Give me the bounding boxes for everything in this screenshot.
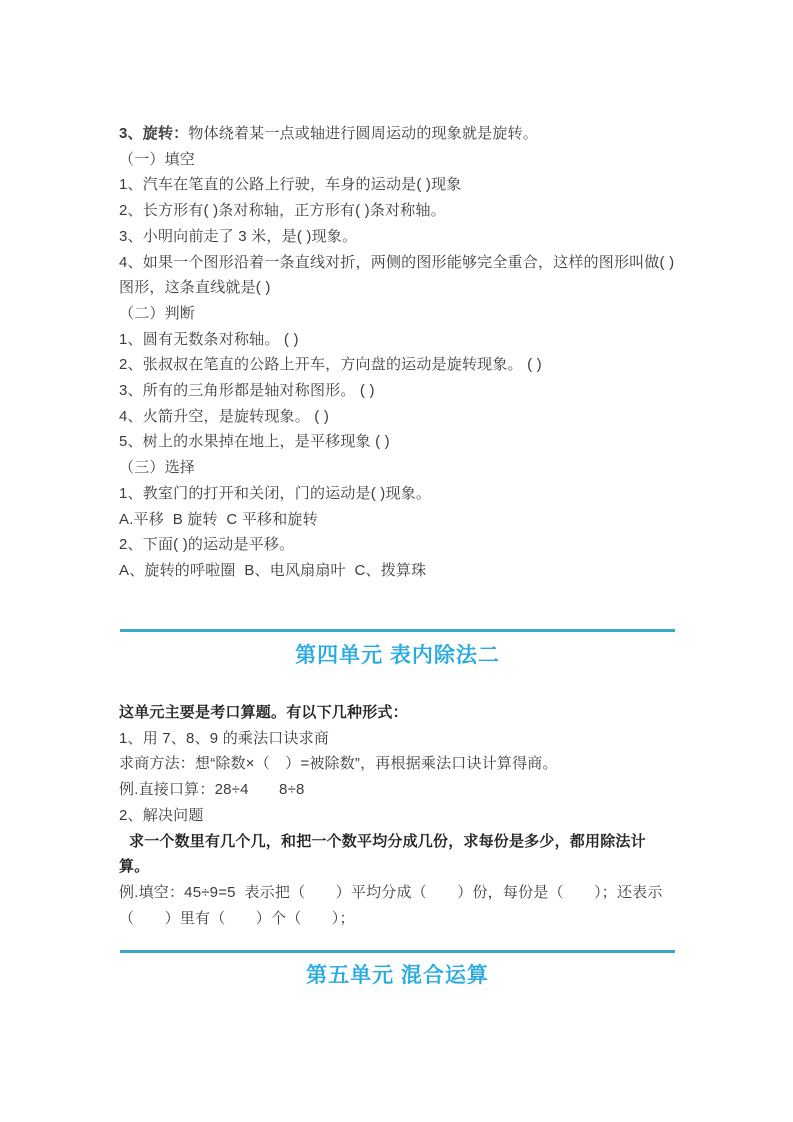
unit4-line-3: 例.直接口算：28÷4 8÷8 (119, 777, 676, 803)
judge-item-3: 3、所有的三角形都是轴对称图形。 ( ) (119, 378, 676, 404)
choice-question-2: 2、下面( )的运动是平移。 (119, 532, 676, 558)
rotation-definition-term: 3、旋转： (119, 125, 188, 142)
unit4-title: 第四单元 表内除法二 (119, 643, 676, 669)
fill-blank-item-4: 4、如果一个图形沿着一条直线对折，两侧的图形能够完全重合，这样的图形叫做( )图… (119, 250, 676, 301)
unit4-emphasis: 求一个数里有几个几，和把一个数平均分成几份，求每份是多少，都用除法计算。 (119, 829, 676, 880)
section-divider-1 (120, 629, 675, 632)
rotation-definition-text: 物体绕着某一点或轴进行圆周运动的现象就是旋转。 (188, 125, 538, 142)
rotation-section: 3、旋转：物体绕着某一点或轴进行圆周运动的现象就是旋转。 （一）填空 1、汽车在… (119, 121, 676, 584)
judge-item-2: 2、张叔叔在笔直的公路上开车，方向盘的运动是旋转现象。 ( ) (119, 352, 676, 378)
rotation-definition-line: 3、旋转：物体绕着某一点或轴进行圆周运动的现象就是旋转。 (119, 121, 676, 147)
document-page: 3、旋转：物体绕着某一点或轴进行圆周运动的现象就是旋转。 （一）填空 1、汽车在… (0, 0, 793, 1122)
judge-item-1: 1、圆有无数条对称轴。 ( ) (119, 327, 676, 353)
choice-header: （三）选择 (119, 455, 676, 481)
unit4-example-fill: 例.填空：45÷9=5 表示把（ ）平均分成（ ）份，每份是（ ）；还表示（ ）… (119, 880, 676, 931)
judge-item-4: 4、火箭升空，是旋转现象。 ( ) (119, 404, 676, 430)
unit5-title: 第五单元 混合运算 (119, 963, 676, 989)
judge-header: （二）判断 (119, 301, 676, 327)
unit4-line-4: 2、解决问题 (119, 803, 676, 829)
unit4-intro: 这单元主要是考口算题。有以下几种形式： (119, 700, 676, 726)
fill-blank-item-3: 3、小明向前走了 3 米，是( )现象。 (119, 224, 676, 250)
unit4-line-2: 求商方法：想“除数×（ ）=被除数”，再根据乘法口诀计算得商。 (119, 751, 676, 777)
fill-blank-header: （一）填空 (119, 147, 676, 173)
choice-question-1: 1、教室门的打开和关闭，门的运动是( )现象。 (119, 481, 676, 507)
fill-blank-item-1: 1、汽车在笔直的公路上行驶，车身的运动是( )现象 (119, 172, 676, 198)
judge-item-5: 5、树上的水果掉在地上，是平移现象 ( ) (119, 429, 676, 455)
fill-blank-item-2: 2、长方形有( )条对称轴，正方形有( )条对称轴。 (119, 198, 676, 224)
unit4-section: 这单元主要是考口算题。有以下几种形式： 1、用 7、8、9 的乘法口诀求商 求商… (119, 700, 676, 931)
section-divider-2 (120, 950, 675, 953)
unit4-line-1: 1、用 7、8、9 的乘法口诀求商 (119, 726, 676, 752)
choice-options-2: A、旋转的呼啦圈 B、电风扇扇叶 C、拨算珠 (119, 558, 676, 584)
choice-options-1: A.平移 B 旋转 C 平移和旋转 (119, 507, 676, 533)
